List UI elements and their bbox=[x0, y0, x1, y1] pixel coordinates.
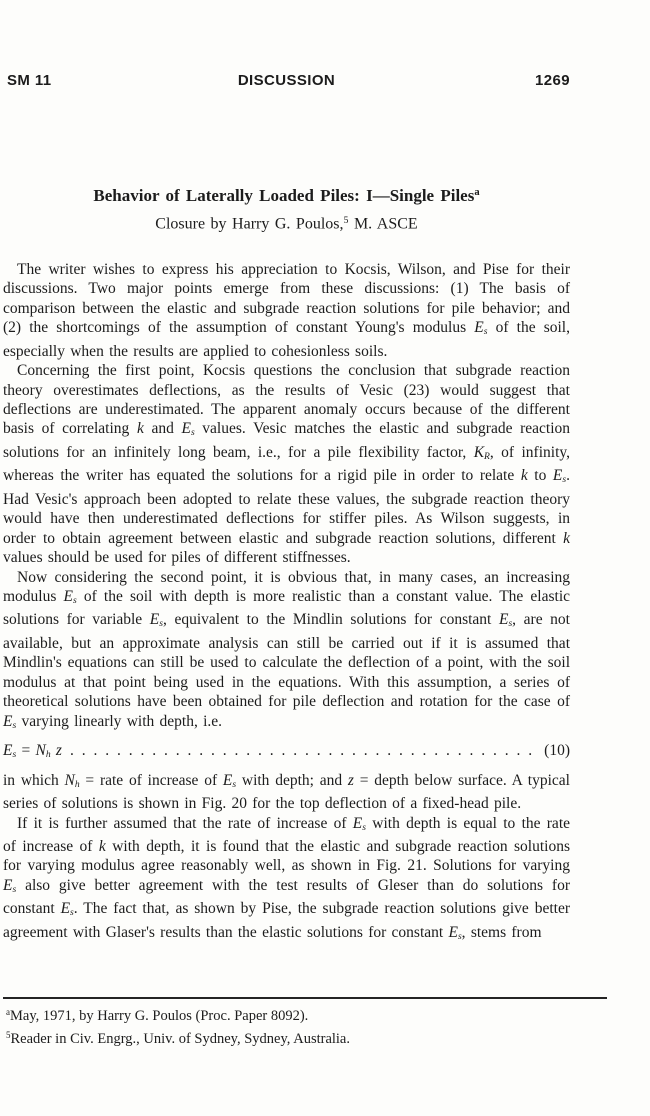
footnote-divider-rule bbox=[3, 997, 607, 999]
byline: Closure by Harry G. Poulos,5 M. ASCE bbox=[3, 215, 570, 233]
paragraph-first-point: Concerning the first point, Kocsis quest… bbox=[3, 361, 570, 567]
running-head-title: DISCUSSION bbox=[3, 72, 570, 89]
page-number: 1269 bbox=[535, 72, 570, 89]
article-title: Behavior of Laterally Loaded Piles: I—Si… bbox=[3, 186, 570, 206]
scanned-journal-page: SM 11 DISCUSSION 1269 Behavior of Latera… bbox=[0, 0, 650, 1116]
equation-expression: Es = Nh z bbox=[3, 741, 62, 765]
article-body: The writer wishes to express his appreci… bbox=[3, 260, 570, 946]
paragraph-further-assumed: If it is further assumed that the rate o… bbox=[3, 814, 570, 947]
paragraph-appreciation: The writer wishes to express his appreci… bbox=[3, 260, 570, 361]
footnotes: aMay, 1971, by Harry G. Poulos (Proc. Pa… bbox=[6, 1003, 586, 1050]
equation-dot-leader: . . . . . . . . . . . . . . . . . . . . … bbox=[70, 741, 534, 760]
footnote-author-affiliation: 5Reader in Civ. Engrg., Univ. of Sydney,… bbox=[6, 1026, 586, 1049]
running-header: SM 11 DISCUSSION 1269 bbox=[3, 72, 570, 92]
equation-10: Es = Nh z . . . . . . . . . . . . . . . … bbox=[3, 741, 570, 765]
equation-number: (10) bbox=[544, 741, 570, 760]
paragraph-equation-definition: in which Nh = rate of increase of Es wit… bbox=[3, 771, 570, 814]
footnote-paper-citation: aMay, 1971, by Harry G. Poulos (Proc. Pa… bbox=[6, 1003, 586, 1026]
paragraph-second-point: Now considering the second point, it is … bbox=[3, 568, 570, 736]
